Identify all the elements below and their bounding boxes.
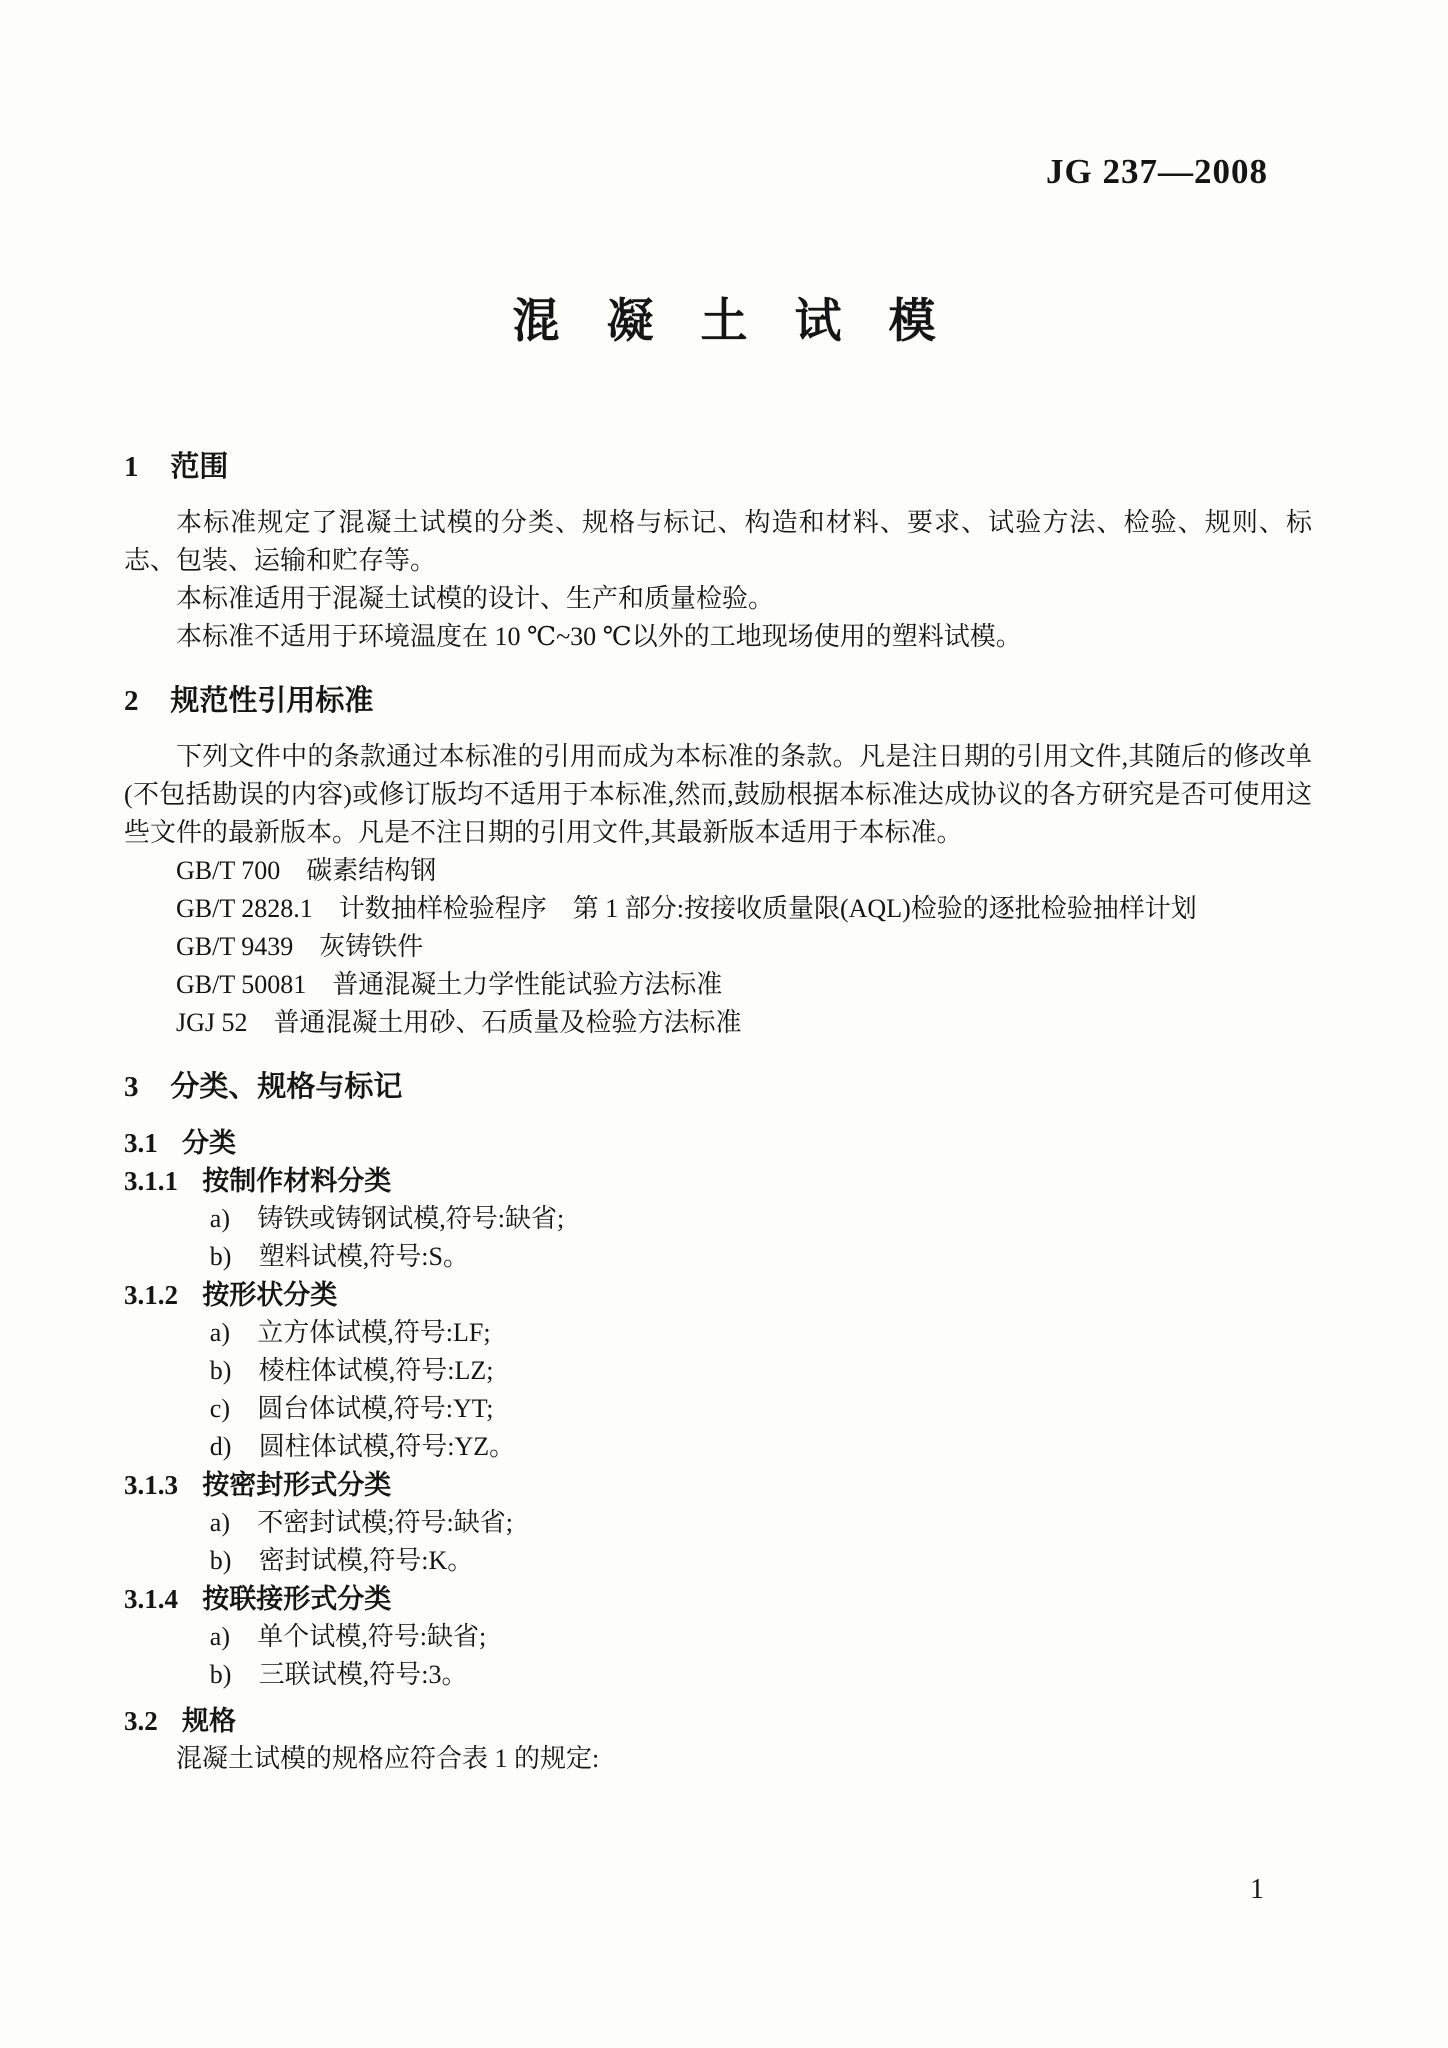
list-item-text: 棱柱体试模,符号:LZ; <box>259 1356 494 1385</box>
reference-item: GB/T 9439灰铸铁件 <box>124 928 1312 966</box>
list-item-text: 密封试模,符号:K。 <box>259 1546 474 1575</box>
list-item: a)单个试模,符号:缺省; <box>124 1618 1312 1656</box>
section-number: 2 <box>124 685 139 717</box>
doc-number: JG 237—2008 <box>1046 152 1268 192</box>
subsubsection-number: 3.1.4 <box>124 1584 178 1614</box>
reference-title: 普通混凝土力学性能试验方法标准 <box>332 970 722 999</box>
reference-title: 计数抽样检验程序 第 1 部分:按接收质量限(AQL)检验的逐批检验抽样计划 <box>339 894 1197 923</box>
subsubsection-number: 3.1.2 <box>124 1280 178 1310</box>
paragraph: 混凝土试模的规格应符合表 1 的规定: <box>124 1740 1312 1778</box>
list-item: b)塑料试模,符号:S。 <box>124 1238 1312 1276</box>
list-item-text: 圆台体试模,符号:YT; <box>257 1394 493 1423</box>
subsection-heading: 3.2规格 <box>124 1702 1312 1740</box>
paragraph: 本标准不适用于环境温度在 10 ℃~30 ℃以外的工地现场使用的塑料试模。 <box>124 618 1312 656</box>
paragraph: 本标准适用于混凝土试模的设计、生产和质量检验。 <box>124 580 1312 618</box>
subsection-title: 分类 <box>182 1128 236 1158</box>
list-item-text: 铸铁或铸钢试模,符号:缺省; <box>257 1204 564 1233</box>
list-item-label: a) <box>210 1622 230 1651</box>
list-item: b)棱柱体试模,符号:LZ; <box>124 1352 1312 1390</box>
list-item-text: 圆柱体试模,符号:YZ。 <box>259 1432 515 1461</box>
list-item-label: b) <box>210 1660 232 1689</box>
section-number: 1 <box>124 451 139 483</box>
list-item: c)圆台体试模,符号:YT; <box>124 1390 1312 1428</box>
list-item-text: 单个试模,符号:缺省; <box>257 1622 486 1651</box>
section-heading: 2规范性引用标准 <box>124 682 1312 720</box>
section-title: 范围 <box>170 451 228 483</box>
subsubsection-title: 按联接形式分类 <box>202 1584 391 1614</box>
subsubsection-heading: 3.1.2按形状分类 <box>124 1276 1312 1314</box>
reference-item: GB/T 2828.1计数抽样检验程序 第 1 部分:按接收质量限(AQL)检验… <box>124 890 1312 928</box>
paragraph: 本标准规定了混凝土试模的分类、规格与标记、构造和材料、要求、试验方法、检验、规则… <box>124 504 1312 580</box>
list-item: a)不密封试模;符号:缺省; <box>124 1504 1312 1542</box>
list-item-label: a) <box>210 1318 230 1347</box>
list-item-text: 塑料试模,符号:S。 <box>259 1242 469 1271</box>
reference-item: GB/T 50081普通混凝土力学性能试验方法标准 <box>124 966 1312 1004</box>
list-item-text: 三联试模,符号:3。 <box>259 1660 468 1689</box>
subsubsection-heading: 3.1.4按联接形式分类 <box>124 1580 1312 1618</box>
section-heading: 1范围 <box>124 448 1312 486</box>
list-item-label: d) <box>210 1432 232 1461</box>
list-item-text: 不密封试模;符号:缺省; <box>257 1508 513 1537</box>
subsection-number: 3.1 <box>124 1128 158 1158</box>
list-item: a)铸铁或铸钢试模,符号:缺省; <box>124 1200 1312 1238</box>
list-item: a)立方体试模,符号:LF; <box>124 1314 1312 1352</box>
list-item: b)三联试模,符号:3。 <box>124 1656 1312 1694</box>
reference-title: 碳素结构钢 <box>306 856 436 885</box>
reference-code: JGJ 52 <box>176 1008 248 1037</box>
section-title: 规范性引用标准 <box>170 685 373 717</box>
subsubsection-number: 3.1.1 <box>124 1166 178 1196</box>
document-body: 1范围 本标准规定了混凝土试模的分类、规格与标记、构造和材料、要求、试验方法、检… <box>124 448 1312 1778</box>
list-item-label: c) <box>210 1394 230 1423</box>
list-item-label: b) <box>210 1356 232 1385</box>
list-item: b)密封试模,符号:K。 <box>124 1542 1312 1580</box>
list-item-label: b) <box>210 1546 232 1575</box>
subsubsection-heading: 3.1.3按密封形式分类 <box>124 1466 1312 1504</box>
list-item-label: a) <box>210 1204 230 1233</box>
subsubsection-title: 按密封形式分类 <box>202 1470 391 1500</box>
page-number: 1 <box>1250 1874 1264 1906</box>
doc-title: 混 凝 土 试 模 <box>0 284 1448 351</box>
reference-code: GB/T 700 <box>176 856 280 885</box>
subsection-number: 3.2 <box>124 1706 158 1736</box>
reference-item: GB/T 700碳素结构钢 <box>124 852 1312 890</box>
section-heading: 3分类、规格与标记 <box>124 1068 1312 1106</box>
list-item: d)圆柱体试模,符号:YZ。 <box>124 1428 1312 1466</box>
subsubsection-title: 按制作材料分类 <box>202 1166 391 1196</box>
section-title: 分类、规格与标记 <box>170 1071 402 1103</box>
list-item-text: 立方体试模,符号:LF; <box>257 1318 490 1347</box>
subsubsection-heading: 3.1.1按制作材料分类 <box>124 1162 1312 1200</box>
subsubsection-number: 3.1.3 <box>124 1470 178 1500</box>
reference-code: GB/T 50081 <box>176 970 306 999</box>
list-item-label: a) <box>210 1508 230 1537</box>
reference-title: 灰铸铁件 <box>319 932 423 961</box>
subsubsection-title: 按形状分类 <box>202 1280 337 1310</box>
reference-code: GB/T 2828.1 <box>176 894 313 923</box>
reference-code: GB/T 9439 <box>176 932 293 961</box>
list-item-label: b) <box>210 1242 232 1271</box>
paragraph: 下列文件中的条款通过本标准的引用而成为本标准的条款。凡是注日期的引用文件,其随后… <box>124 738 1312 852</box>
document-page: JG 237—2008 混 凝 土 试 模 1范围 本标准规定了混凝土试模的分类… <box>0 0 1448 2048</box>
reference-item: JGJ 52普通混凝土用砂、石质量及检验方法标准 <box>124 1004 1312 1042</box>
subsection-title: 规格 <box>182 1706 236 1736</box>
section-number: 3 <box>124 1071 139 1103</box>
reference-title: 普通混凝土用砂、石质量及检验方法标准 <box>274 1008 742 1037</box>
subsection-heading: 3.1分类 <box>124 1124 1312 1162</box>
